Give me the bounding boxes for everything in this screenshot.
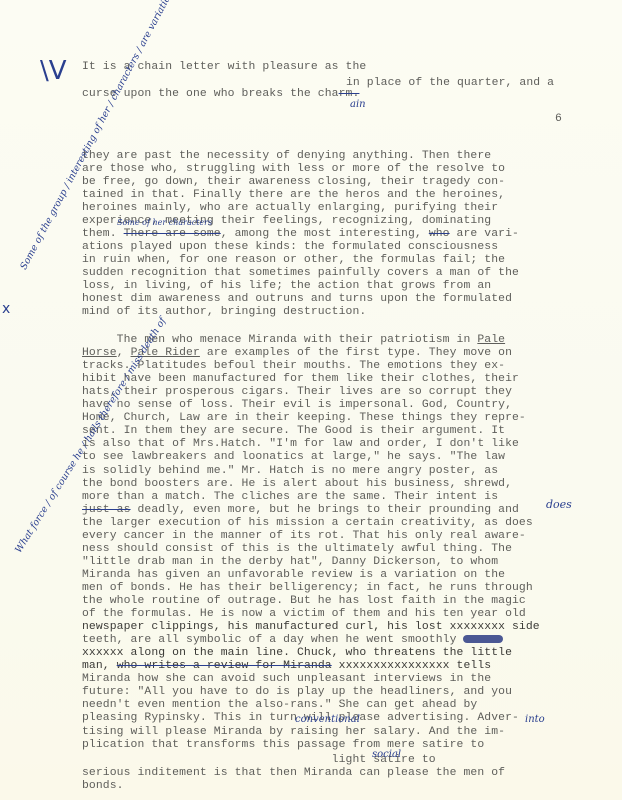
text-line: Miranda has given an unfavorable review … — [82, 569, 505, 581]
handwritten-does: does — [546, 498, 572, 511]
handwritten-insert: Some of her characters — [117, 218, 212, 227]
text-line: is solidly behind me." Mr. Hatch is no m… — [82, 465, 498, 477]
text-line: the larger execution of his mission a ce… — [82, 517, 533, 529]
typewritten-page: \V It is a chain letter with pleasure as… — [0, 0, 622, 800]
struck-text: There are some — [124, 228, 221, 240]
margin-note-top: Some of the group / interesting of her /… — [18, 169, 79, 271]
handwritten-into: into — [525, 714, 545, 725]
text-line: tising will please Miranda by raising he… — [82, 726, 505, 738]
text-line: newspaper clippings, his manufactured cu… — [82, 621, 540, 633]
text-line: Miranda how she can avoid such unpleasan… — [82, 673, 491, 685]
text-segment: are vari- — [450, 228, 519, 240]
text-line: be free, go down, their awareness closin… — [82, 176, 505, 188]
ink-blot — [463, 635, 503, 643]
text-line: they are past the necessity of denying a… — [82, 150, 491, 162]
text-segment: , among the most interesting, — [221, 228, 429, 240]
paragraph-1-line-7: them. There are some, among the most int… — [82, 228, 519, 240]
text-line: heroines mainly, who are actually enlarg… — [82, 202, 498, 214]
text-line: have no sense of loss. Their evil is imp… — [82, 399, 512, 411]
text-line: are those who, struggling with less or m… — [82, 163, 505, 175]
text-line: "little drab man in the derby hat", Dann… — [82, 556, 498, 568]
text-line: the bond boosters are. He is alert about… — [82, 478, 512, 490]
page-number: 6 — [555, 113, 562, 125]
text-line: just as deadly, even more, but he brings… — [82, 504, 519, 516]
text-line: bonds. — [82, 780, 124, 792]
check-mark-annotation: \V — [40, 56, 67, 86]
text-line: the whole routine of outrage. But he has… — [82, 595, 526, 607]
text-line: needn't even mention the also-rans." She… — [82, 699, 477, 711]
text-line: serious inditement is that then Miranda … — [82, 767, 505, 779]
text-line: xxxxxx along on the main line. Chuck, wh… — [82, 647, 512, 659]
x-mark-annotation: x — [2, 301, 10, 317]
text-line: Home, Church, Law are in their keeping. … — [82, 412, 526, 424]
text-line: sudden recognition that sometimes painfu… — [82, 267, 519, 279]
text-line: sent. In them they are secure. The Good … — [82, 425, 505, 437]
text-line: future: "All you have to do is play up t… — [82, 686, 512, 698]
text-line: ness should consist of this is the ultim… — [82, 543, 512, 555]
text-line: is also that of Mrs.Hatch. "I'm for law … — [82, 438, 519, 450]
text-line: tained in that. Finally there are the he… — [82, 189, 505, 201]
text-line: hats, their prosperous cigars. Their liv… — [82, 386, 512, 398]
text-line: mind of its author, bringing destruction… — [82, 306, 366, 318]
text-line: in ruin when, for one reason or other, t… — [82, 254, 505, 266]
text-line: hibit have been manufactured for them li… — [82, 373, 519, 385]
text-line: loss, in living, of his life; the action… — [82, 280, 491, 292]
text-line: to see lawbreakers and loonatics at larg… — [82, 451, 505, 463]
text-line: every cancer in the manner of its rot. T… — [82, 530, 526, 542]
text-line: of the formulas. He is now a victim of t… — [82, 608, 526, 620]
struck-text: who — [429, 228, 450, 240]
header-line-2-insert: in place of the quarter, and a — [346, 77, 554, 89]
handwritten-correction: ain — [350, 99, 366, 110]
text-line: more than a match. The cliches are the s… — [82, 491, 498, 503]
text-line: plication that transforms this passage f… — [82, 739, 484, 751]
handwritten-social: social — [372, 749, 401, 760]
text-line: man, who writes a review for Miranda xxx… — [82, 660, 491, 672]
text-line: honest dim awareness and outruns and tur… — [82, 293, 512, 305]
handwritten-conventional: conventional — [295, 714, 360, 725]
text-line: men of bonds. He has their belligerency;… — [82, 582, 533, 594]
text-line: tracks. Platitudes befoul their mouths. … — [82, 360, 505, 372]
margin-note-middle: What force / of course he / hails theref… — [13, 456, 81, 555]
text-line: ations played upon these kinds: the form… — [82, 241, 498, 253]
text-line: teeth, are all symbolic of a day when he… — [82, 634, 503, 646]
text-segment: them. — [82, 228, 124, 240]
